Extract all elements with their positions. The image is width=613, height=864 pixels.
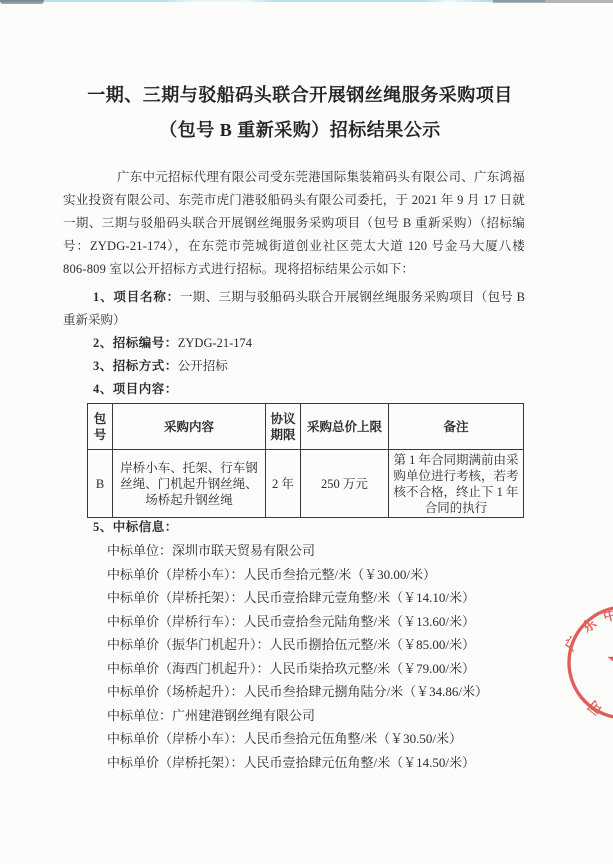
project-content-table: 包号 采购内容 协议期限 采购总价上限 备注 B 岸桥小车、托架、行车钢丝绳、门… [87, 403, 524, 518]
item-tender-method-value: 公开招标 [178, 359, 228, 373]
award-winner-1: 中标单位：深圳市联天贸易有限公司 [63, 539, 533, 563]
award-price-haixi-gantry-hoist: 中标单价（海西门机起升）：人民币柒拾玖元整/米（￥79.00/米） [63, 657, 533, 681]
document-title: 一期、三期与驳船码头联合开展钢丝绳服务采购项目 （包号 B 重新采购）招标结果公… [55, 78, 545, 148]
award-price-crane-bracket-1: 中标单价（岸桥托架）：人民币壹拾肆元壹角整/米（￥14.10/米） [63, 586, 533, 610]
intro-paragraph: 广东中元招标代理有限公司受东莞港国际集装箱码头有限公司、广东鸿福实业投资有限公司… [63, 166, 525, 281]
document-title-line2: （包号 B 重新采购）招标结果公示 [55, 113, 545, 148]
cell-price-cap: 250 万元 [301, 450, 389, 518]
cell-package-number: B [88, 450, 113, 518]
cell-procurement-content: 岸桥小车、托架、行车钢丝绳、门机起升钢丝绳、场桥起升钢丝绳 [113, 450, 266, 518]
stamp-char-1: 广 [561, 633, 582, 653]
scan-smudge-left [0, 0, 44, 4]
item-tender-number: 2、招标编号：ZYDG-21-174 [63, 332, 525, 355]
scan-smudge-right [493, 0, 613, 3]
item-project-content-label: 4、项目内容： [93, 382, 178, 396]
award-info-heading: 5、中标信息： [63, 516, 533, 539]
header-remark: 备注 [389, 404, 524, 450]
table-row: B 岸桥小车、托架、行车钢丝绳、门机起升钢丝绳、场桥起升钢丝绳 2 年 250 … [88, 450, 524, 518]
award-price-crane-trolley-2: 中标单价（岸桥小车）：人民币叁拾元伍角整/米（￥30.50/米） [63, 727, 533, 751]
document-page: 一期、三期与驳船码头联合开展钢丝绳服务采购项目 （包号 B 重新采购）招标结果公… [0, 0, 613, 864]
item-tender-number-label: 2、招标编号： [93, 336, 178, 350]
header-price-cap: 采购总价上限 [301, 404, 389, 450]
cell-remark: 第 1 年合同期满前由采购单位进行考核，若考核不合格，终止下 1 年合同的执行 [389, 450, 524, 518]
award-price-crane-bracket-2: 中标单价（岸桥托架）：人民币壹拾肆元伍角整/米（￥14.50/米） [63, 751, 533, 775]
item-project-name: 1、项目名称：一期、三期与驳船码头联合开展钢丝绳服务采购项目（包号 B 重新采购… [63, 286, 525, 332]
company-seal-stamp: 广 东 中 司 [540, 580, 613, 750]
award-winner-2: 中标单位：广州建港钢丝绳有限公司 [63, 704, 533, 728]
scan-edge-artifact [0, 0, 545, 2]
award-price-crane-trolley-1: 中标单价（岸桥小车）：人民币叁拾元整/米（￥30.00/米） [63, 563, 533, 587]
stamp-char-3: 中 [601, 606, 613, 625]
header-package-number: 包号 [88, 404, 113, 450]
stamp-char-4: 司 [585, 697, 605, 718]
document-title-line1: 一期、三期与驳船码头联合开展钢丝绳服务采购项目 [55, 78, 545, 113]
stamp-char-2: 东 [579, 614, 600, 635]
header-agreement-term: 协议期限 [266, 404, 301, 450]
item-project-content: 4、项目内容： [63, 378, 525, 401]
award-info-section: 5、中标信息： 中标单位：深圳市联天贸易有限公司 中标单价（岸桥小车）：人民币叁… [63, 516, 533, 774]
item-project-name-label: 1、项目名称： [93, 290, 180, 304]
cell-agreement-term: 2 年 [266, 450, 301, 518]
header-procurement-content: 采购内容 [113, 404, 266, 450]
table-header-row: 包号 采购内容 协议期限 采购总价上限 备注 [88, 404, 524, 450]
award-price-zhenhua-gantry-hoist: 中标单价（振华门机起升）：人民币捌拾伍元整/米（￥85.00/米） [63, 633, 533, 657]
item-tender-number-value: ZYDG-21-174 [178, 336, 252, 350]
award-price-yard-crane-hoist: 中标单价（场桥起升）：人民币叁拾肆元捌角陆分/米（￥34.86/米） [63, 680, 533, 704]
stamp-star-icon [607, 645, 613, 678]
award-price-crane-travel: 中标单价（岸桥行车）：人民币壹拾叁元陆角整/米（￥13.60/米） [63, 610, 533, 634]
numbered-items: 1、项目名称：一期、三期与驳船码头联合开展钢丝绳服务采购项目（包号 B 重新采购… [63, 286, 525, 401]
item-tender-method-label: 3、招标方式： [93, 359, 178, 373]
item-tender-method: 3、招标方式：公开招标 [63, 355, 525, 378]
